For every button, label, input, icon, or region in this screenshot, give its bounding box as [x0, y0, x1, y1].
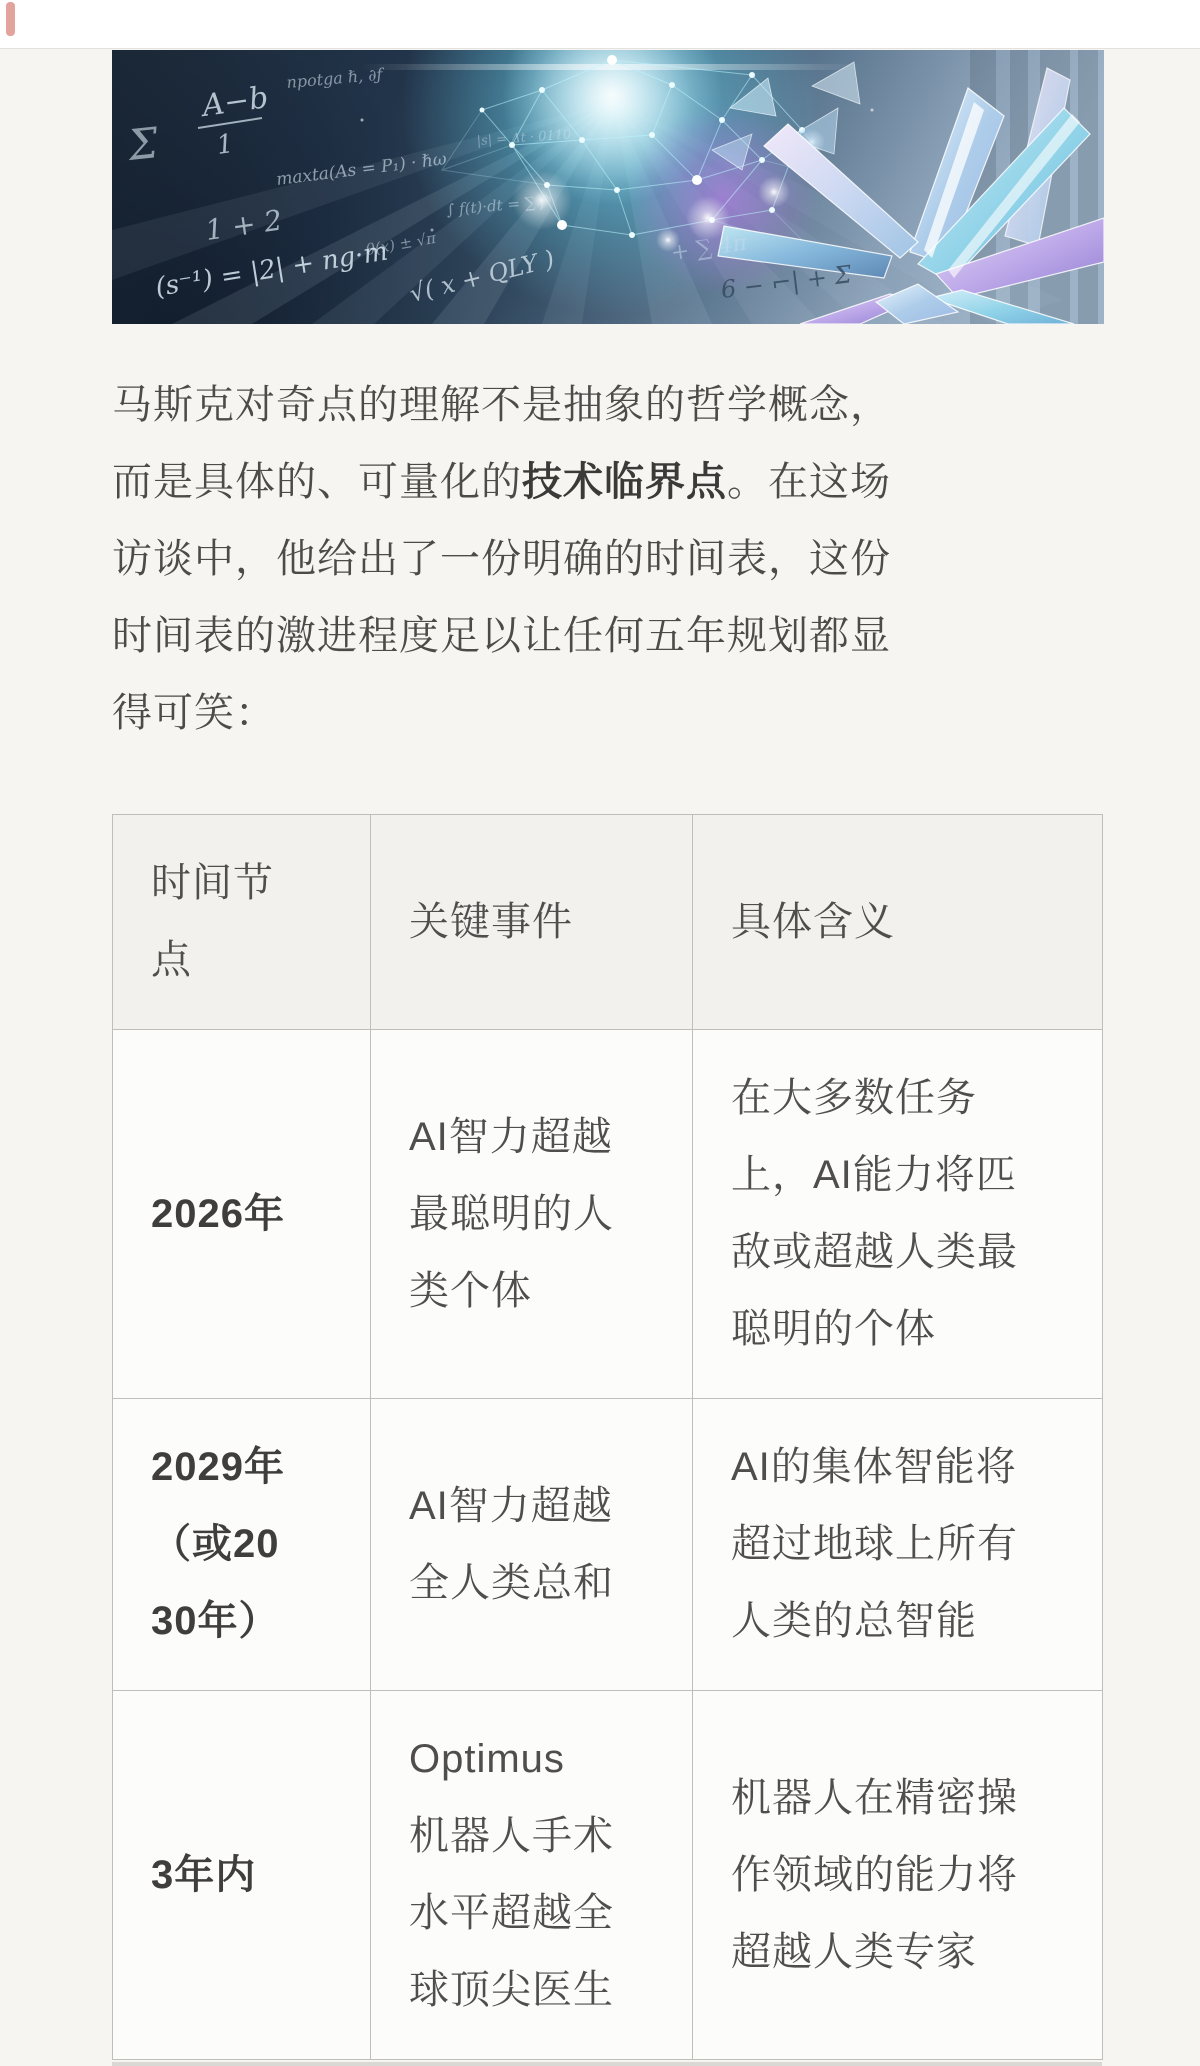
table-row: 3年内 Optimus 机器人手术 水平超越全 球顶尖医生 机器人在精密操 作领… [113, 1691, 1103, 2060]
table-row: 2026年 AI智力超越 最聪明的人 类个体 在大多数任务 上，AI能力将匹 敌… [113, 1030, 1103, 1399]
cell-time: 2026年 [113, 1030, 371, 1399]
article-content: Σ A−b 1 1 + 2 (s⁻¹) = |2| + ng·m √( x + … [0, 50, 1200, 2066]
col-header-event: 关键事件 [371, 815, 693, 1030]
cell-event: AI智力超越 全人类总和 [371, 1399, 693, 1691]
cell-event: Optimus 机器人手术 水平超越全 球顶尖医生 [371, 1691, 693, 2060]
col-header-time: 时间节 点 [113, 815, 371, 1030]
hero-image: Σ A−b 1 1 + 2 (s⁻¹) = |2| + ng·m √( x + … [112, 50, 1104, 324]
cell-meaning: AI的集体智能将 超过地球上所有 人类的总智能 [693, 1399, 1103, 1691]
left-edge-red-marker [6, 2, 15, 36]
paragraph-bold-keyword: 技术临界点 [522, 460, 727, 504]
cell-event: AI智力超越 最聪明的人 类个体 [371, 1030, 693, 1399]
formula-text: Σ [124, 118, 161, 170]
cell-time: 2029年 （或20 30年） [113, 1399, 371, 1691]
next-section-edge [112, 2062, 1102, 2066]
hero-illustration: Σ A−b 1 1 + 2 (s⁻¹) = |2| + ng·m √( x + … [112, 50, 1104, 324]
cell-time: 3年内 [113, 1691, 371, 2060]
cell-meaning: 机器人在精密操 作领域的能力将 超越人类专家 [693, 1691, 1103, 2060]
timeline-table: 时间节 点 关键事件 具体含义 2026年 AI智力超越 最聪明的人 类个体 在… [112, 814, 1103, 2060]
table-row: 2029年 （或20 30年） AI智力超越 全人类总和 AI的集体智能将 超过… [113, 1399, 1103, 1691]
top-bar [0, 0, 1200, 49]
intro-paragraph: 马斯克对奇点的理解不是抽象的哲学概念， 而是具体的、可量化的技术临界点。在这场 … [112, 367, 1104, 752]
cell-meaning: 在大多数任务 上，AI能力将匹 敌或超越人类最 聪明的个体 [693, 1030, 1103, 1399]
table-header-row: 时间节 点 关键事件 具体含义 [113, 815, 1103, 1030]
col-header-meaning: 具体含义 [693, 815, 1103, 1030]
